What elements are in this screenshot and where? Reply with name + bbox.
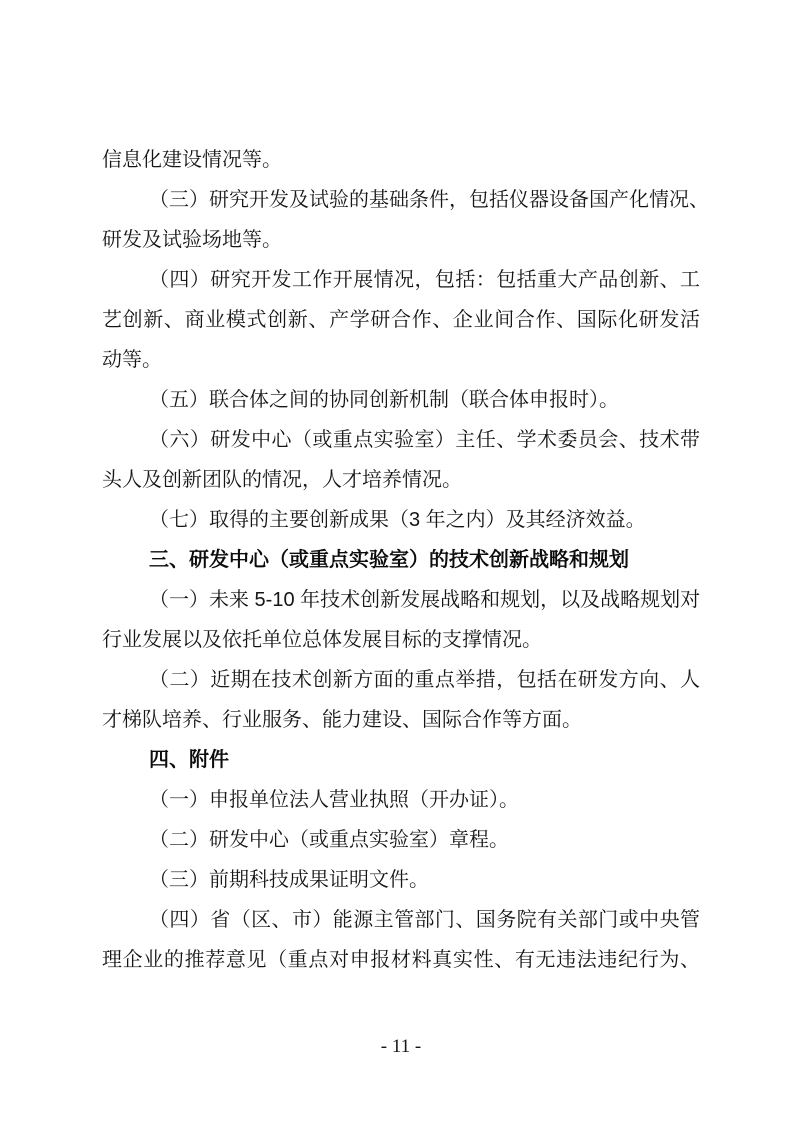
page-number: - 11 - xyxy=(381,1036,421,1057)
paragraph: （二）研发中心（或重点实验室）章程。 xyxy=(102,820,700,860)
text-line: （三）前期科技成果证明文件。 xyxy=(102,860,700,900)
text-line: 研发及试验场地等。 xyxy=(102,220,700,260)
text-line: 头人及创新团队的情况，人才培养情况。 xyxy=(102,460,700,500)
paragraph: 信息化建设情况等。 xyxy=(102,140,700,180)
paragraph: （四）研究开发工作开展情况，包括：包括重大产品创新、工艺创新、商业模式创新、产学… xyxy=(102,260,700,380)
document-page: 信息化建设情况等。（三）研究开发及试验的基础条件，包括仪器设备国产化情况、研发及… xyxy=(0,0,793,1122)
text-line: 行业发展以及依托单位总体发展目标的支撑情况。 xyxy=(102,620,700,660)
document-body: 信息化建设情况等。（三）研究开发及试验的基础条件，包括仪器设备国产化情况、研发及… xyxy=(102,140,700,980)
paragraph: （七）取得的主要创新成果（3 年之内）及其经济效益。 xyxy=(102,500,700,540)
text-line: 动等。 xyxy=(102,340,700,380)
text-line: （一）申报单位法人营业执照（开办证）。 xyxy=(102,780,700,820)
text-line: 四、附件 xyxy=(102,740,700,780)
section-heading: 三、研发中心（或重点实验室）的技术创新战略和规划 xyxy=(102,540,700,580)
text-line: （六）研发中心（或重点实验室）主任、学术委员会、技术带 xyxy=(102,420,700,460)
text-line: 信息化建设情况等。 xyxy=(102,140,700,180)
paragraph: （二）近期在技术创新方面的重点举措，包括在研发方向、人才梯队培养、行业服务、能力… xyxy=(102,660,700,740)
paragraph: （一）申报单位法人营业执照（开办证）。 xyxy=(102,780,700,820)
text-line: 理企业的推荐意见（重点对申报材料真实性、有无违法违纪行为、 xyxy=(102,940,700,980)
paragraph: （四）省（区、市）能源主管部门、国务院有关部门或中央管理企业的推荐意见（重点对申… xyxy=(102,900,700,980)
text-line: 才梯队培养、行业服务、能力建设、国际合作等方面。 xyxy=(102,700,700,740)
text-line: （七）取得的主要创新成果（3 年之内）及其经济效益。 xyxy=(102,500,700,540)
paragraph: （一）未来 5-10 年技术创新发展战略和规划，以及战略规划对行业发展以及依托单… xyxy=(102,580,700,660)
text-line: 艺创新、商业模式创新、产学研合作、企业间合作、国际化研发活 xyxy=(102,300,700,340)
page-footer: - 11 - xyxy=(102,1031,700,1063)
text-line: （四）研究开发工作开展情况，包括：包括重大产品创新、工 xyxy=(102,260,700,300)
text-line: （二）研发中心（或重点实验室）章程。 xyxy=(102,820,700,860)
text-line: （二）近期在技术创新方面的重点举措，包括在研发方向、人 xyxy=(102,660,700,700)
paragraph: （五）联合体之间的协同创新机制（联合体申报时）。 xyxy=(102,380,700,420)
paragraph: （三）前期科技成果证明文件。 xyxy=(102,860,700,900)
text-line: （一）未来 5-10 年技术创新发展战略和规划，以及战略规划对 xyxy=(102,580,700,620)
paragraph: （六）研发中心（或重点实验室）主任、学术委员会、技术带头人及创新团队的情况，人才… xyxy=(102,420,700,500)
paragraph: （三）研究开发及试验的基础条件，包括仪器设备国产化情况、研发及试验场地等。 xyxy=(102,180,700,260)
text-line: （三）研究开发及试验的基础条件，包括仪器设备国产化情况、 xyxy=(102,180,700,220)
text-line: 三、研发中心（或重点实验室）的技术创新战略和规划 xyxy=(102,540,700,580)
text-line: （四）省（区、市）能源主管部门、国务院有关部门或中央管 xyxy=(102,900,700,940)
section-heading: 四、附件 xyxy=(102,740,700,780)
text-line: （五）联合体之间的协同创新机制（联合体申报时）。 xyxy=(102,380,700,420)
